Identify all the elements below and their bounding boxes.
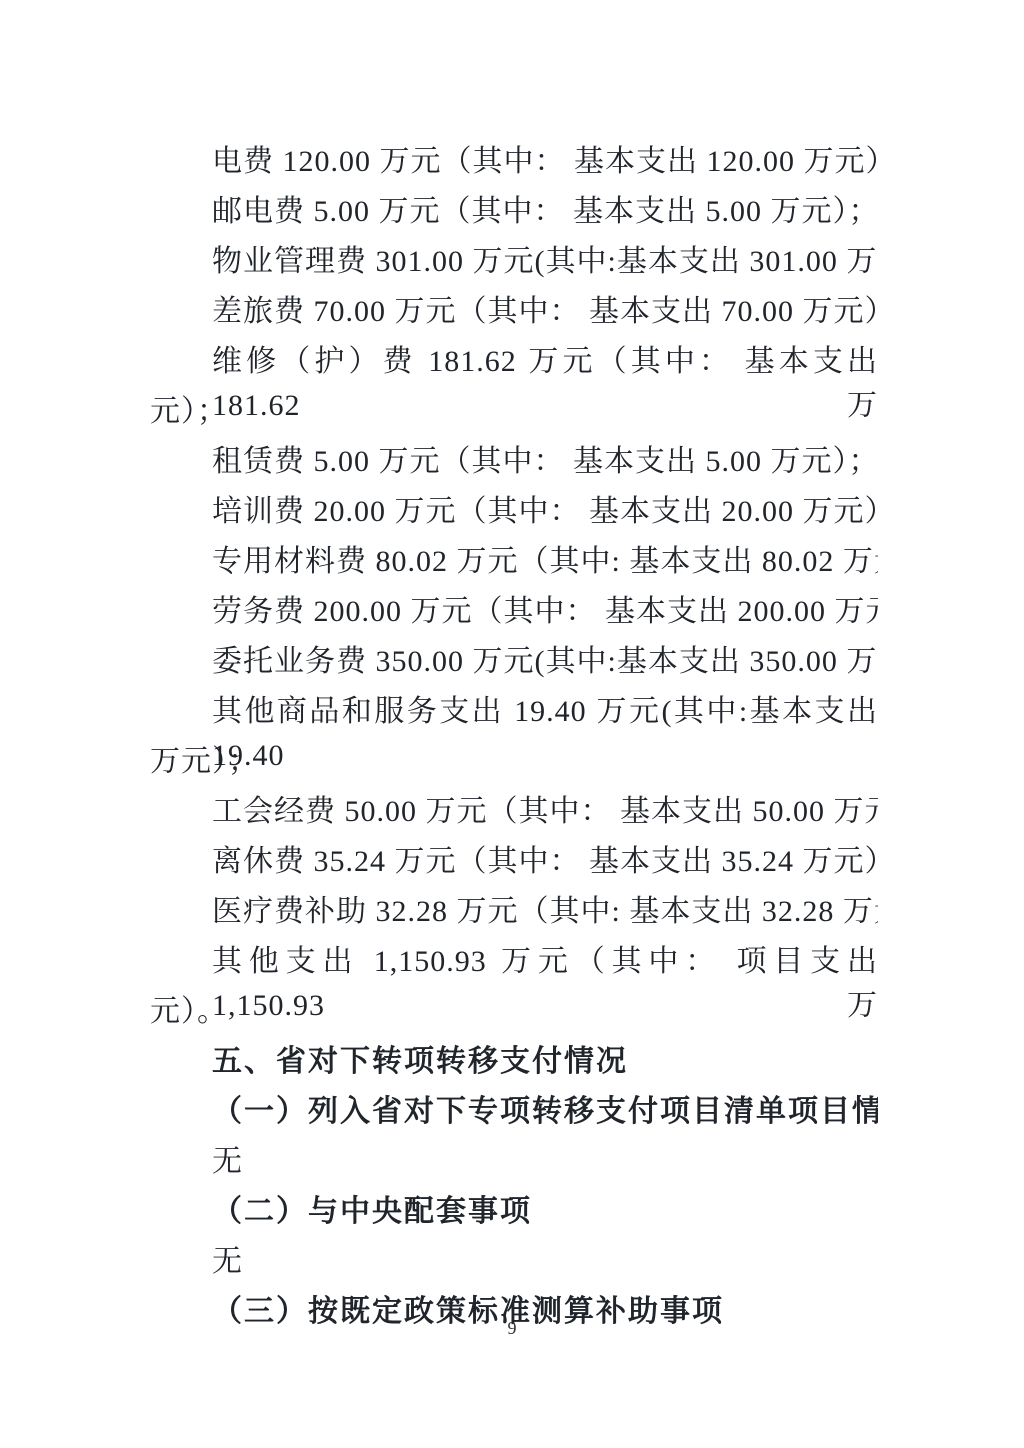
text-line: 其他支出 1,150.93 万元（其中： 项目支出 1,150.93 万: [150, 940, 878, 990]
text-line: 其他商品和服务支出 19.40 万元(其中:基本支出 19.40: [150, 690, 878, 740]
heading-line: 五、省对下转项转移支付情况: [150, 1040, 878, 1090]
text-line: 无: [150, 1240, 878, 1290]
text-line: 邮电费 5.00 万元（其中： 基本支出 5.00 万元）；: [150, 190, 878, 240]
document-page: 电费 120.00 万元（其中： 基本支出 120.00 万元）；邮电费 5.0…: [0, 0, 1024, 1448]
text-line: 医疗费补助 32.28 万元（其中: 基本支出 32.28 万元）;: [150, 890, 878, 940]
text-line: 专用材料费 80.02 万元（其中: 基本支出 80.02 万元）;: [150, 540, 878, 590]
heading-line: （二）与中央配套事项: [150, 1190, 878, 1240]
page-number: 9: [508, 1318, 517, 1338]
text-line: 无: [150, 1140, 878, 1190]
text-line: 差旅费 70.00 万元（其中： 基本支出 70.00 万元）；: [150, 290, 878, 340]
document-body: 电费 120.00 万元（其中： 基本支出 120.00 万元）；邮电费 5.0…: [150, 140, 878, 1340]
text-line: 劳务费 200.00 万元（其中： 基本支出 200.00 万元）；: [150, 590, 878, 640]
text-line: 培训费 20.00 万元（其中： 基本支出 20.00 万元）；: [150, 490, 878, 540]
text-line: 离休费 35.24 万元（其中： 基本支出 35.24 万元）；: [150, 840, 878, 890]
text-line: 委托业务费 350.00 万元(其中:基本支出 350.00 万元);: [150, 640, 878, 690]
text-line: 租赁费 5.00 万元（其中： 基本支出 5.00 万元）；: [150, 440, 878, 490]
heading-line: （一）列入省对下专项转移支付项目清单项目情况: [150, 1090, 878, 1140]
text-line: 工会经费 50.00 万元（其中： 基本支出 50.00 万元）；: [150, 790, 878, 840]
text-line: 物业管理费 301.00 万元(其中:基本支出 301.00 万元);: [150, 240, 878, 290]
page-footer: 9: [0, 1318, 1024, 1348]
text-line: 电费 120.00 万元（其中： 基本支出 120.00 万元）；: [150, 140, 878, 190]
text-line: 维修（护）费 181.62 万元（其中： 基本支出 181.62 万: [150, 340, 878, 390]
